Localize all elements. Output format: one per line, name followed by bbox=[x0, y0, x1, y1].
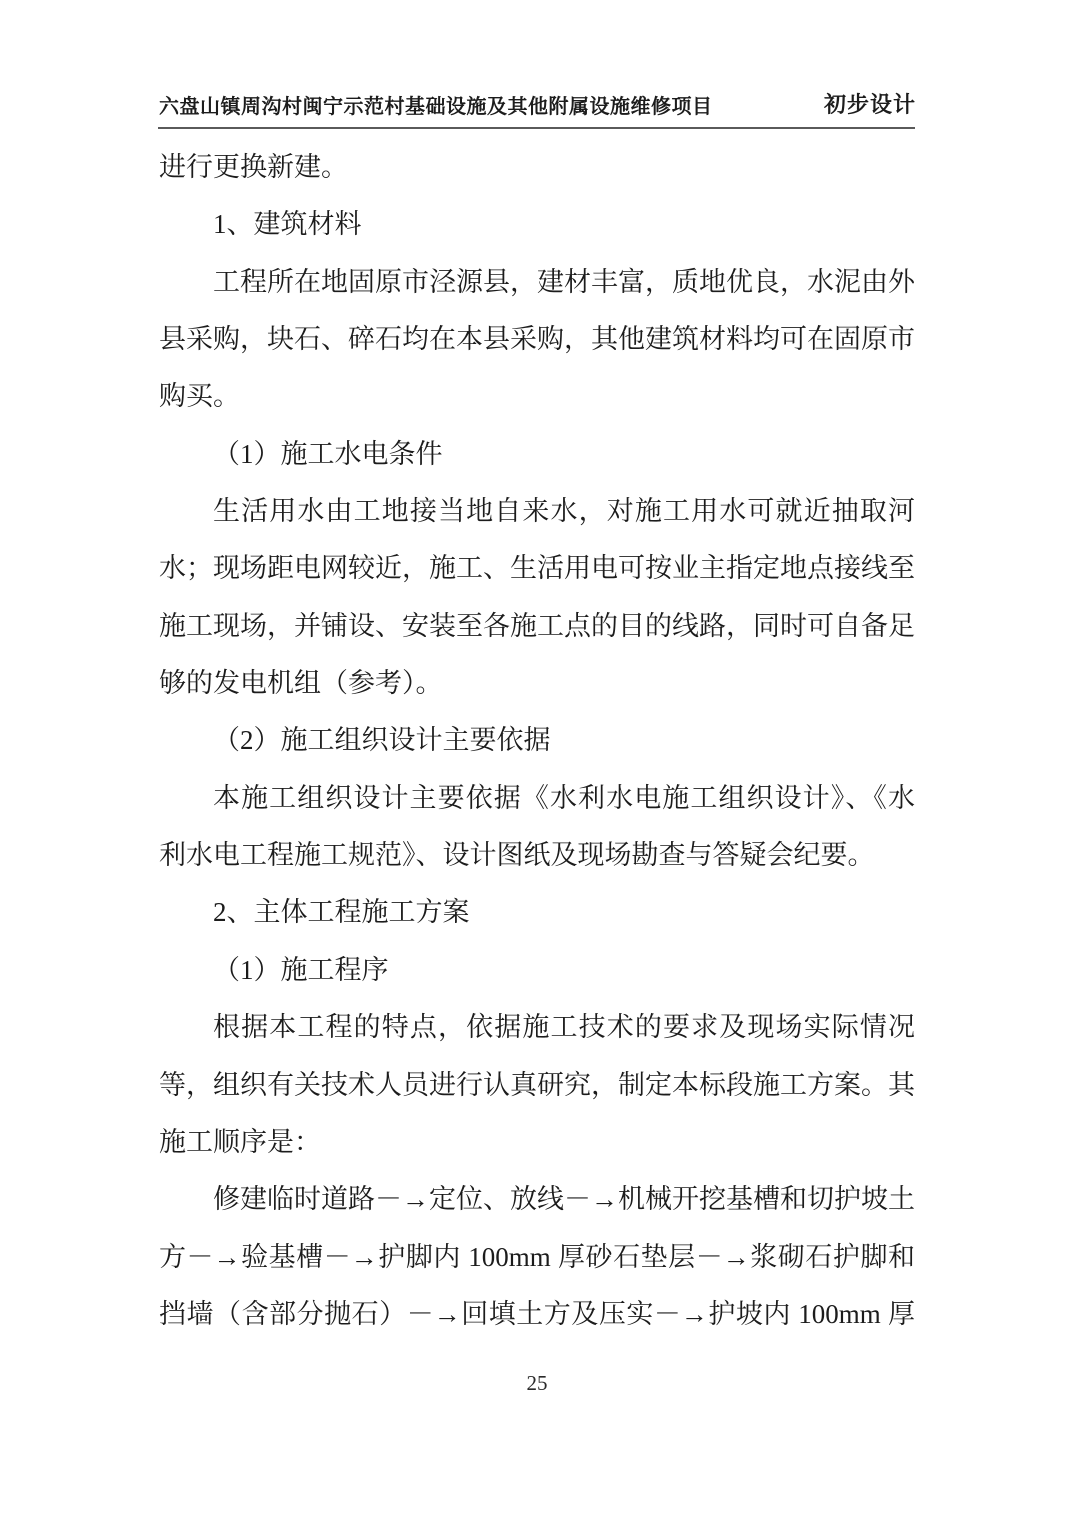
document-page: 六盘山镇周沟村闽宁示范村基础设施及其他附属设施维修项目 初步设计 进行更换新建。… bbox=[0, 0, 1074, 1520]
text-line: 够的发电机组（参考）。 bbox=[159, 655, 915, 712]
text-line: 挡墙（含部分抛石）－→回填土方及压实－→护坡内 100mm 厚砂 bbox=[159, 1286, 915, 1343]
text-line: 方－→验基槽－→护脚内 100mm 厚砂石垫层－→浆砌石护脚和 bbox=[159, 1229, 915, 1286]
text-line: 施工顺序是： bbox=[159, 1114, 915, 1171]
text-line: 2、主体工程施工方案 bbox=[159, 884, 915, 941]
text-line: 生活用水由工地接当地自来水，对施工用水可就近抽取河 bbox=[159, 483, 915, 540]
text-line: 水；现场距电网较近，施工、生活用电可按业主指定地点接线至 bbox=[159, 540, 915, 597]
text-line: 本施工组织设计主要依据《水利水电施工组织设计》、《水 bbox=[159, 770, 915, 827]
header-project-title: 六盘山镇周沟村闽宁示范村基础设施及其他附属设施维修项目 bbox=[159, 90, 713, 119]
text-line: 进行更换新建。 bbox=[159, 139, 915, 196]
page-header: 六盘山镇周沟村闽宁示范村基础设施及其他附属设施维修项目 初步设计 bbox=[159, 88, 916, 119]
page-number: 25 bbox=[0, 1371, 1074, 1396]
text-line: 1、建筑材料 bbox=[159, 196, 915, 253]
text-line: 根据本工程的特点，依据施工技术的要求及现场实际情况 bbox=[159, 999, 915, 1056]
text-line: 工程所在地固原市泾源县，建材丰富，质地优良，水泥由外 bbox=[159, 254, 915, 311]
text-line: 等，组织有关技术人员进行认真研究，制定本标段施工方案。其 bbox=[159, 1057, 915, 1114]
text-line: （2）施工组织设计主要依据 bbox=[159, 712, 915, 769]
text-line: 购买。 bbox=[159, 368, 915, 425]
header-divider-rule bbox=[158, 127, 915, 129]
text-line: 利水电工程施工规范》、设计图纸及现场勘查与答疑会纪要。 bbox=[159, 827, 915, 884]
text-line: 修建临时道路－→定位、放线－→机械开挖基槽和切护坡土 bbox=[159, 1171, 915, 1228]
document-body: 进行更换新建。1、建筑材料工程所在地固原市泾源县，建材丰富，质地优良，水泥由外县… bbox=[159, 139, 915, 1343]
header-stage-label: 初步设计 bbox=[824, 88, 916, 119]
text-line: （1）施工程序 bbox=[159, 942, 915, 999]
text-line: 县采购，块石、碎石均在本县采购，其他建筑材料均可在固原市 bbox=[159, 311, 915, 368]
text-line: （1）施工水电条件 bbox=[159, 426, 915, 483]
text-line: 施工现场，并铺设、安装至各施工点的目的线路，同时可自备足 bbox=[159, 598, 915, 655]
